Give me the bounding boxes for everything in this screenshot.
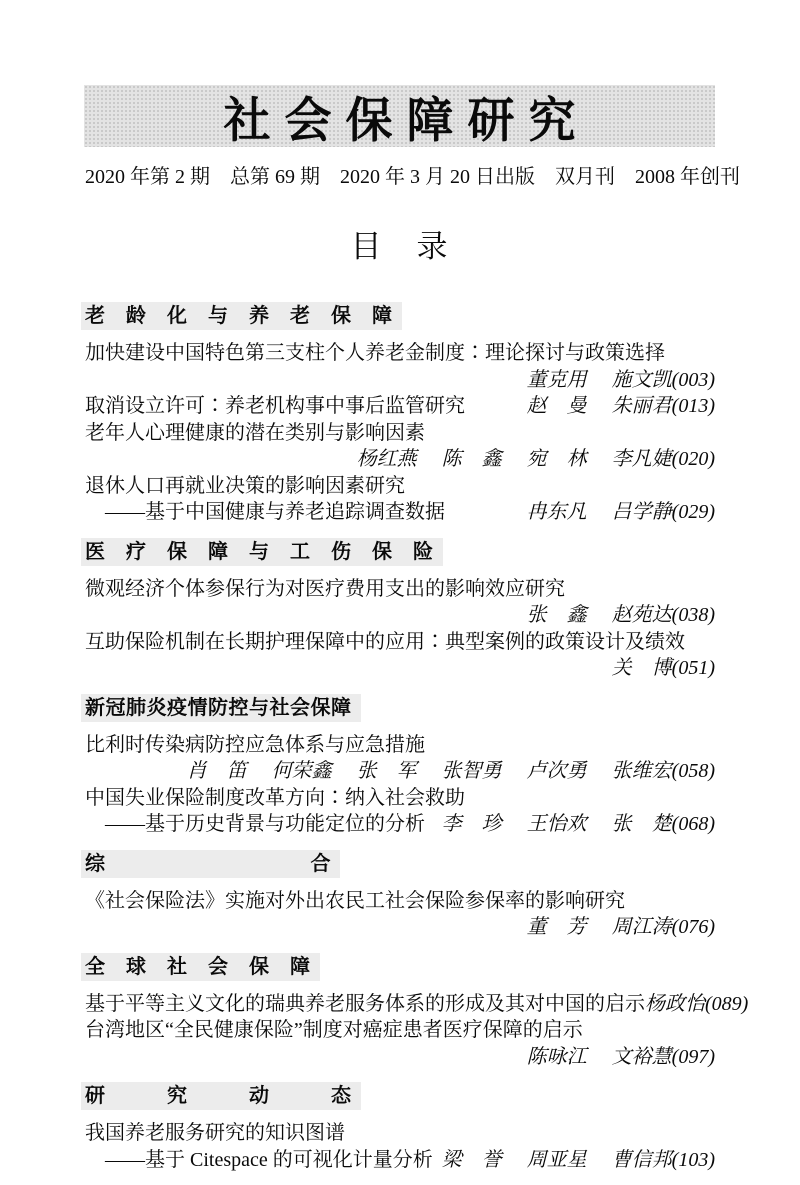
- article-authors: 梁 誉 周亚星 曹信邦(103): [442, 1147, 715, 1174]
- section-title: 新冠肺炎疫情防控与社会保障: [81, 694, 361, 722]
- article-title-line: 基于平等主义文化的瑞典养老服务体系的形成及其对中国的启示杨政怡(089): [85, 991, 715, 1018]
- section-title: 综 合: [81, 850, 340, 878]
- article-title: 比利时传染病防控应急体系与应急措施: [85, 732, 425, 759]
- article-authors-line: 董 芳 周江涛(076): [85, 914, 715, 941]
- article-authors: 董克用 施文凯(003): [527, 367, 715, 394]
- article-title: 取消设立许可∶养老机构事中事后监管研究: [85, 393, 465, 420]
- section-header: 研 究 动 态: [85, 1082, 715, 1110]
- article-authors: 董 芳 周江涛(076): [527, 914, 715, 941]
- journal-toc-page: 社会保障研究 2020 年第 2 期 总第 69 期 2020 年 3 月 20…: [0, 0, 800, 1185]
- article-authors: 李 珍 王怡欢 张 楚(068): [442, 811, 715, 838]
- article-authors-line: 肖 笛 何荣鑫 张 军 张智勇 卢次勇 张维宏(058): [85, 758, 715, 785]
- article-authors: 杨政怡(089): [645, 991, 748, 1018]
- article-title: 微观经济个体参保行为对医疗费用支出的影响效应研究: [85, 576, 565, 603]
- section-header: 新冠肺炎疫情防控与社会保障: [85, 694, 715, 722]
- article-authors: 赵 曼 朱丽君(013): [527, 393, 715, 420]
- article-title: 台湾地区“全民健康保险”制度对癌症患者医疗保障的启示: [85, 1017, 583, 1044]
- section-title: 全 球 社 会 保 障: [81, 953, 320, 981]
- toc-sections: 老 龄 化 与 养 老 保 障加快建设中国特色第三支柱个人养老金制度∶理论探讨与…: [85, 302, 715, 1173]
- toc-section: 医 疗 保 障 与 工 伤 保 险微观经济个体参保行为对医疗费用支出的影响效应研…: [85, 538, 715, 682]
- section-header: 医 疗 保 障 与 工 伤 保 险: [85, 538, 715, 566]
- article-title-line: 比利时传染病防控应急体系与应急措施: [85, 732, 715, 759]
- article-authors-line: 陈咏江 文裕慧(097): [85, 1044, 715, 1071]
- toc-section: 新冠肺炎疫情防控与社会保障比利时传染病防控应急体系与应急措施肖 笛 何荣鑫 张 …: [85, 694, 715, 838]
- article-authors: 杨红燕 陈 鑫 宛 林 李凡婕(020): [357, 446, 715, 473]
- article-subtitle: ——基于中国健康与养老追踪调查数据: [85, 499, 445, 526]
- article-subtitle: ——基于 Citespace 的可视化计量分析: [85, 1147, 433, 1174]
- article-title-line: 互助保险机制在长期护理保障中的应用∶典型案例的政策设计及绩效: [85, 629, 715, 656]
- article-subtitle-line: ——基于历史背景与功能定位的分析李 珍 王怡欢 张 楚(068): [85, 811, 715, 838]
- article-title: 中国失业保险制度改革方向∶纳入社会救助: [85, 785, 465, 812]
- article-title: 互助保险机制在长期护理保障中的应用∶典型案例的政策设计及绩效: [85, 629, 685, 656]
- article-title: 《社会保险法》实施对外出农民工社会保险参保率的影响研究: [85, 888, 625, 915]
- article-authors: 陈咏江 文裕慧(097): [527, 1044, 715, 1071]
- article-title-line: 微观经济个体参保行为对医疗费用支出的影响效应研究: [85, 576, 715, 603]
- article-authors-line: 杨红燕 陈 鑫 宛 林 李凡婕(020): [85, 446, 715, 473]
- article-subtitle-line: ——基于 Citespace 的可视化计量分析梁 誉 周亚星 曹信邦(103): [85, 1147, 715, 1174]
- section-title: 医 疗 保 障 与 工 伤 保 险: [81, 538, 443, 566]
- article-authors-line: 关 博(051): [85, 655, 715, 682]
- article-title: 老年人心理健康的潜在类别与影响因素: [85, 420, 425, 447]
- article-title-line: 中国失业保险制度改革方向∶纳入社会救助: [85, 785, 715, 812]
- article-title-line: 我国养老服务研究的知识图谱: [85, 1120, 715, 1147]
- section-title: 老 龄 化 与 养 老 保 障: [81, 302, 402, 330]
- article-title-line: 加快建设中国特色第三支柱个人养老金制度∶理论探讨与政策选择: [85, 340, 715, 367]
- article-title-line: 台湾地区“全民健康保险”制度对癌症患者医疗保障的启示: [85, 1017, 715, 1044]
- article-title: 加快建设中国特色第三支柱个人养老金制度∶理论探讨与政策选择: [85, 340, 665, 367]
- masthead-banner: 社会保障研究: [84, 85, 715, 147]
- toc-title: 目 录: [0, 221, 800, 266]
- article-title: 退休人口再就业决策的影响因素研究: [85, 473, 405, 500]
- article-title-line: 老年人心理健康的潜在类别与影响因素: [85, 420, 715, 447]
- article-title-line: 取消设立许可∶养老机构事中事后监管研究赵 曼 朱丽君(013): [85, 393, 715, 420]
- toc-section: 综 合《社会保险法》实施对外出农民工社会保险参保率的影响研究董 芳 周江涛(07…: [85, 850, 715, 941]
- toc-section: 研 究 动 态我国养老服务研究的知识图谱——基于 Citespace 的可视化计…: [85, 1082, 715, 1173]
- article-subtitle-line: ——基于中国健康与养老追踪调查数据冉东凡 吕学静(029): [85, 499, 715, 526]
- article-authors: 肖 笛 何荣鑫 张 军 张智勇 卢次勇 张维宏(058): [187, 758, 715, 785]
- section-header: 全 球 社 会 保 障: [85, 953, 715, 981]
- toc-section: 全 球 社 会 保 障基于平等主义文化的瑞典养老服务体系的形成及其对中国的启示杨…: [85, 953, 715, 1071]
- issue-info-line: 2020 年第 2 期 总第 69 期 2020 年 3 月 20 日出版 双月…: [85, 160, 715, 189]
- article-authors-line: 董克用 施文凯(003): [85, 367, 715, 394]
- section-header: 综 合: [85, 850, 715, 878]
- article-authors-line: 张 鑫 赵苑达(038): [85, 602, 715, 629]
- article-title-line: 《社会保险法》实施对外出农民工社会保险参保率的影响研究: [85, 888, 715, 915]
- article-subtitle: ——基于历史背景与功能定位的分析: [85, 811, 425, 838]
- toc-section: 老 龄 化 与 养 老 保 障加快建设中国特色第三支柱个人养老金制度∶理论探讨与…: [85, 302, 715, 526]
- section-header: 老 龄 化 与 养 老 保 障: [85, 302, 715, 330]
- article-title: 基于平等主义文化的瑞典养老服务体系的形成及其对中国的启示: [85, 991, 645, 1018]
- article-authors: 冉东凡 吕学静(029): [527, 499, 715, 526]
- journal-title: 社会保障研究: [210, 82, 590, 150]
- article-title: 我国养老服务研究的知识图谱: [85, 1120, 345, 1147]
- article-authors: 关 博(051): [612, 655, 715, 682]
- section-title: 研 究 动 态: [81, 1082, 361, 1110]
- article-title-line: 退休人口再就业决策的影响因素研究: [85, 473, 715, 500]
- article-authors: 张 鑫 赵苑达(038): [527, 602, 715, 629]
